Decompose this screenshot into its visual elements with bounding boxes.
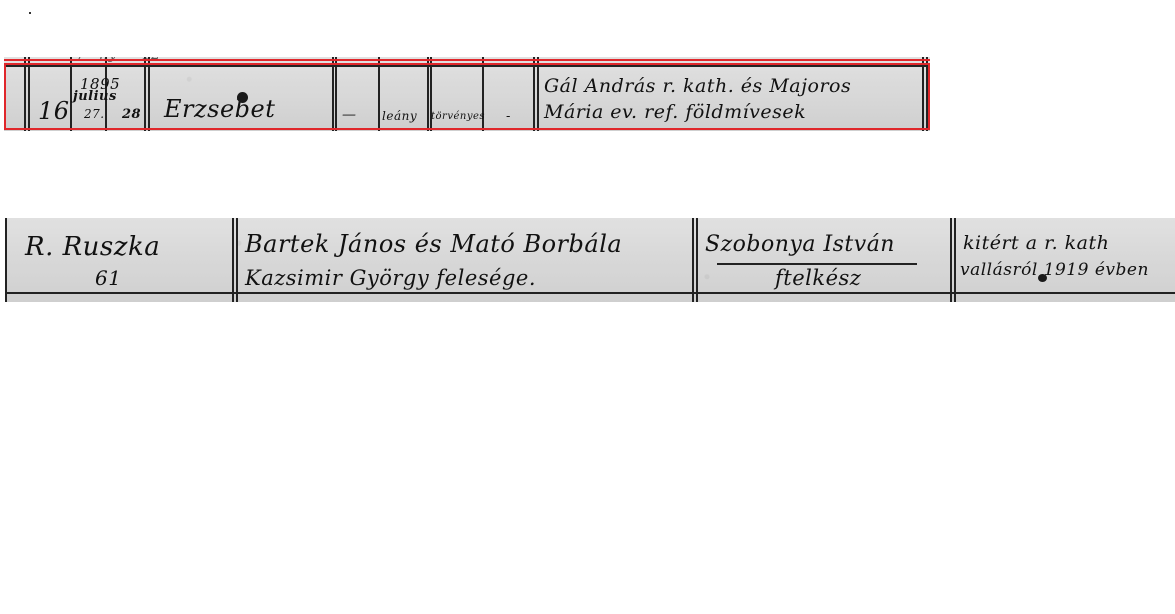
- column-rule: [232, 218, 234, 302]
- column-rule: [28, 57, 30, 131]
- month: julius: [73, 89, 117, 104]
- column-rule: [537, 57, 539, 131]
- given-name: Erzsebet: [164, 95, 275, 123]
- column-rule: [922, 57, 924, 131]
- column-rule: [533, 57, 535, 131]
- priest-name: R. Ruszka: [25, 232, 160, 262]
- column-rule: [335, 57, 337, 131]
- officiant-title: ftelkész: [775, 266, 861, 290]
- parents-line-2: Mária ev. ref. földmívesek: [544, 101, 806, 123]
- dash-cell: —: [342, 107, 357, 123]
- column-rule: [236, 218, 238, 302]
- column-rule: [70, 57, 72, 131]
- column-rule: [427, 57, 429, 131]
- entry-number: 16: [38, 97, 70, 125]
- birth-day: 27.: [84, 107, 105, 121]
- column-rule: [692, 218, 694, 302]
- godparents-line-1: Bartek János és Mató Borbála: [245, 230, 622, 258]
- column-rule: [144, 57, 146, 131]
- column-rule: [954, 218, 956, 302]
- column-rule: [24, 57, 26, 131]
- column-rule: [696, 218, 698, 302]
- signature-underline: [717, 263, 917, 265]
- sex: leány: [382, 109, 417, 123]
- officiant-name: Szobonya István: [705, 232, 895, 257]
- ink-blot: [237, 92, 248, 103]
- column-rule: [5, 218, 7, 302]
- row-rule: [4, 65, 930, 67]
- baptism-day: 28: [122, 107, 141, 122]
- row-rule: [5, 292, 1175, 294]
- godparents-line-2: Kazsimir György felesége.: [245, 266, 536, 290]
- stray-mark: [29, 12, 31, 14]
- column-rule: [950, 218, 952, 302]
- column-rule: [926, 57, 928, 131]
- dash-cell: -: [506, 109, 511, 124]
- priest-number: 61: [95, 266, 121, 290]
- column-rule: [148, 57, 150, 131]
- ink-blot: [1038, 274, 1047, 282]
- register-strip-bottom: R. Ruszka 61 Bartek János és Mató Borbál…: [5, 218, 1175, 302]
- legitimacy: törvényes: [431, 111, 485, 122]
- register-strip-top: / ny 12 16 1895 julius 27. 28 Erzsebet —…: [4, 57, 930, 131]
- column-rule: [332, 57, 334, 131]
- remarks-line-2: vallásról 1919 évben: [960, 260, 1149, 280]
- remarks-line-1: kitért a r. kath: [963, 232, 1109, 254]
- column-rule: [378, 57, 380, 131]
- highlight-line: [4, 59, 930, 61]
- parents-line-1: Gál András r. kath. és Majoros: [544, 75, 851, 97]
